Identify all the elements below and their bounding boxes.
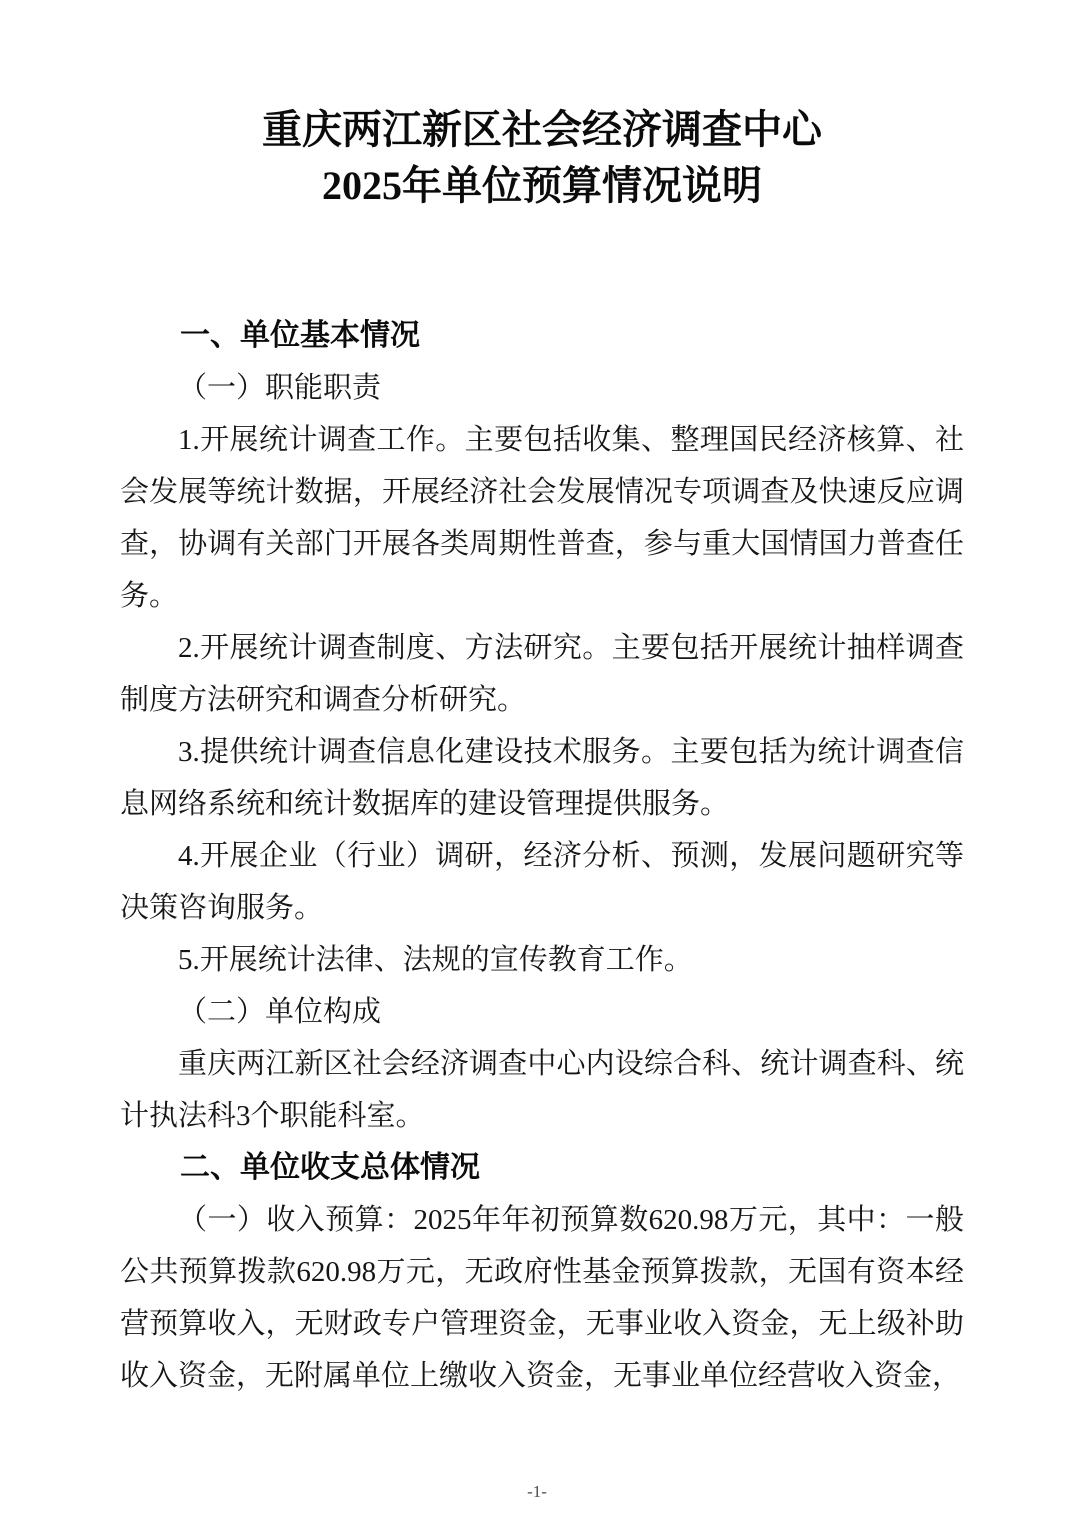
- paragraph: 重庆两江新区社会经济调查中心内设综合科、统计调查科、统计执法科3个职能科室。: [120, 1038, 964, 1142]
- paragraph: （一）收入预算：2025年年初预算数620.98万元，其中：一般公共预算拨款62…: [120, 1194, 964, 1402]
- section-heading2: （一）职能职责: [120, 362, 964, 414]
- document-page: 重庆两江新区社会经济调查中心 2025年单位预算情况说明 一、单位基本情况（一）…: [0, 0, 1074, 1520]
- section-heading1: 二、单位收支总体情况: [120, 1142, 964, 1194]
- paragraph: 1.开展统计调查工作。主要包括收集、整理国民经济核算、社会发展等统计数据，开展经…: [120, 414, 964, 622]
- paragraph: 2.开展统计调查制度、方法研究。主要包括开展统计抽样调查制度方法研究和调查分析研…: [120, 622, 964, 726]
- paragraph: 5.开展统计法律、法规的宣传教育工作。: [120, 934, 964, 986]
- document-title-line2: 2025年单位预算情况说明: [120, 158, 964, 214]
- page-number: -1-: [0, 1482, 1074, 1502]
- section-heading1: 一、单位基本情况: [120, 310, 964, 362]
- document-title-line1: 重庆两江新区社会经济调查中心: [120, 102, 964, 158]
- document-title: 重庆两江新区社会经济调查中心 2025年单位预算情况说明: [120, 102, 964, 214]
- document-body: 一、单位基本情况（一）职能职责1.开展统计调查工作。主要包括收集、整理国民经济核…: [120, 310, 964, 1402]
- paragraph: 4.开展企业（行业）调研，经济分析、预测，发展问题研究等决策咨询服务。: [120, 830, 964, 934]
- paragraph: 3.提供统计调查信息化建设技术服务。主要包括为统计调查信息网络系统和统计数据库的…: [120, 726, 964, 830]
- section-heading2: （二）单位构成: [120, 986, 964, 1038]
